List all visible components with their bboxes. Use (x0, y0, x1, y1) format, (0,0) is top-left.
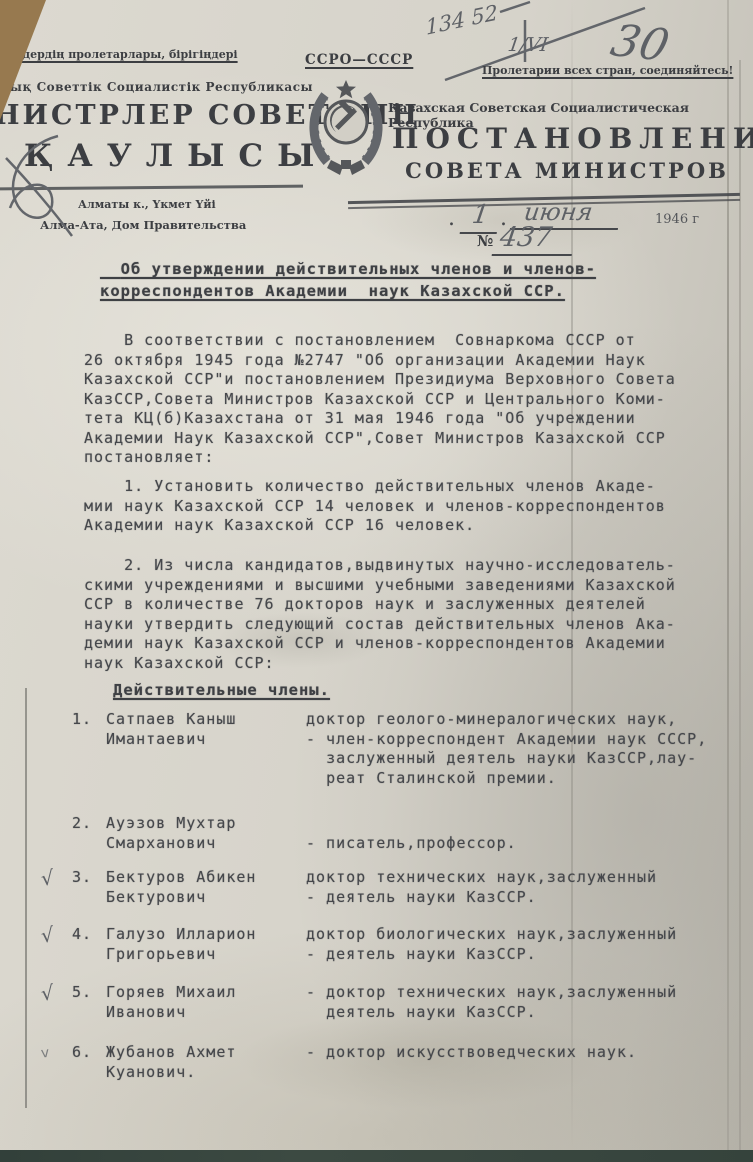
soviet-emblem-icon (300, 76, 392, 176)
member-description: доктор технических наук,заслуженный - де… (306, 868, 744, 907)
address-kazakh: Алматы к., Үкмет Үйі (78, 198, 216, 211)
checkmark (38, 709, 76, 790)
ussr-label: ССРО—СССР (305, 52, 413, 68)
decree-number-label: № (477, 232, 493, 250)
member-name: Горяев Михаил Иванович (106, 983, 306, 1022)
item-number: 1. (72, 710, 106, 788)
decree-title: Об утверждении действительных членов и ч… (100, 258, 660, 302)
date-year: 1946 г (655, 212, 699, 227)
checkmark: √ (40, 924, 74, 966)
member-description: доктор биологических наук,заслуженный - … (306, 925, 744, 964)
list-item: √ 5. Горяев Михаил Иванович - доктор тех… (42, 983, 744, 1022)
paper-fold-crease-left (25, 688, 27, 1108)
checkmark: v (40, 1042, 74, 1084)
handwritten-scribble (0, 128, 95, 243)
doc-type-line2: СОВЕТА МИНИСТРОВ (392, 158, 742, 183)
kazakh-slogan: елдердің пролетарлары, бірігіңдері (8, 48, 238, 61)
member-name: Галузо Илларион Григорьевич (106, 925, 306, 964)
members-list: 1. Сатпаев Каныш Имантаевич доктор геоло… (42, 710, 744, 1082)
date-quote-left: . (448, 206, 455, 231)
list-item: 2. Ауэзов Мухтар Смарханович - писатель,… (42, 814, 744, 853)
kazakh-republic-line: тық Советтік Социалистік Республикасы (2, 80, 313, 94)
russian-slogan: Пролетарии всех стран, соединяйтесь! (482, 64, 733, 77)
photo-bottom-edge (0, 1150, 753, 1162)
member-description: - доктор искусствоведческих наук. (306, 1043, 744, 1082)
member-name: Бектуров Абикен Бектурович (106, 868, 306, 907)
member-name: Сатпаев Каныш Имантаевич (106, 710, 306, 788)
item-number: 3. (72, 868, 106, 907)
scanned-decree-page: елдердің пролетарлары, бірігіңдері тық С… (0, 0, 753, 1162)
member-description: доктор геолого-минералогических наук, - … (306, 710, 744, 788)
list-item: √ 4. Галузо Илларион Григорьевич доктор … (42, 925, 744, 964)
item-number: 6. (72, 1043, 106, 1082)
checkmark (40, 813, 74, 855)
paragraph-preamble: В соответствии с постановлением Совнарко… (84, 331, 734, 468)
list-item: √ 3. Бектуров Абикен Бектурович доктор т… (42, 868, 744, 907)
paragraph-point-1: 1. Установить количество действительных … (84, 477, 734, 536)
section-heading: Действительные члены. (113, 681, 330, 701)
list-item: 1. Сатпаев Каныш Имантаевич доктор геоло… (42, 710, 744, 788)
item-number: 5. (72, 983, 106, 1022)
checkmark: √ (40, 867, 74, 909)
item-number: 2. (72, 814, 106, 853)
checkmark: √ (40, 982, 74, 1024)
member-description: - писатель,профессор. (306, 814, 744, 853)
doc-type-line1: ПОСТАНОВЛЕНИЕ (392, 122, 742, 155)
member-name: Жубанов Ахмет Куанович. (106, 1043, 306, 1082)
member-name: Ауэзов Мухтар Смарханович (106, 814, 306, 853)
member-description: - доктор технических наук,заслуженный де… (306, 983, 744, 1022)
decree-number-value: 437 (492, 222, 576, 256)
item-number: 4. (72, 925, 106, 964)
paragraph-point-2: 2. Из числа кандидатов,выдвинутых научно… (84, 556, 734, 673)
list-item: v 6. Жубанов Ахмет Куанович. - доктор ис… (42, 1043, 744, 1082)
